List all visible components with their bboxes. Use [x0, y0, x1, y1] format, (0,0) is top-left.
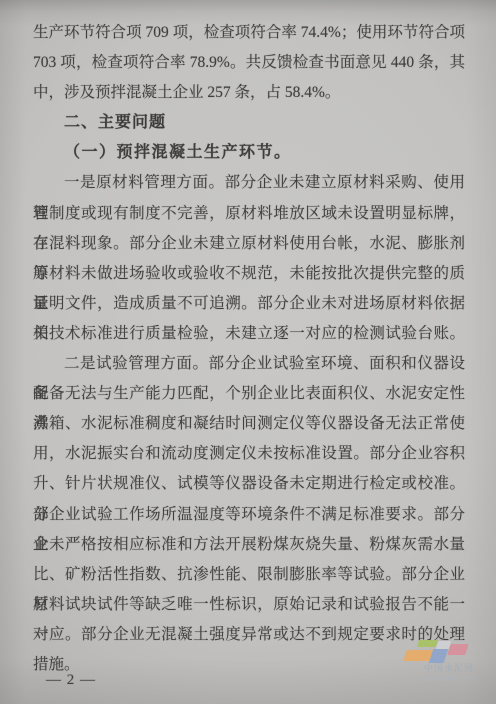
section-heading: 二、主要问题 — [33, 108, 465, 138]
text-line: 中，涉及预拌混凝土企业 257 条，占 58.4%。 — [33, 78, 465, 108]
subsection-heading: （一）预拌混凝土生产环节。 — [33, 138, 465, 168]
watermark-domain: Ccement.com — [424, 674, 472, 683]
text-line: 煮箱、水泥标准稠度和凝结时间测定仪等仪器设备无法正常使 — [33, 409, 465, 439]
text-line: 升、针片状规准仪、试模等仪器设备未定期进行检定或校准。部 — [33, 469, 465, 499]
logo-piece-green-icon — [417, 640, 438, 647]
watermark-name: 中国水泥网 — [424, 663, 472, 673]
text-line: 分企业试验工作场所温湿度等环境条件不满足标准要求。部分企 — [33, 500, 465, 530]
text-line: 材料试块试件等缺乏唯一性标识，原始记录和试验报告不能一一 — [33, 590, 465, 620]
text-line: 二是试验管理方面。部分企业试验室环境、面积和仪器设备 — [33, 349, 465, 379]
text-line: 用，水泥振实台和流动度测定仪未按标准设置。部分企业容积 — [33, 439, 465, 469]
scanned-document-page: 生产环节符合项 709 项，检查项符合率 74.4%；使用环节符合项 703 项… — [0, 0, 496, 704]
document-body: 生产环节符合项 709 项，检查项符合率 74.4%；使用环节符合项 703 项… — [33, 18, 465, 680]
text-line: 原材料未做进场验收或验收不规范，未能按批次提供完整的质量 — [33, 259, 465, 289]
text-line: 一是原材料管理方面。部分企业未建立原材料采购、使用管 — [33, 168, 465, 198]
text-line: 关技术标准进行质量检验，未建立逐一对应的检测试验台账。 — [33, 319, 465, 349]
text-line: 比、矿粉活性指数、抗渗性能、限制膨胀率等试验。部分企业原 — [33, 560, 465, 590]
text-line: 证明文件，造成质量不可追溯。部分企业未对进场原材料依据相 — [33, 289, 465, 319]
text-line: 703 项，检查项符合率 78.9%。共反馈检查书面意见 440 条，其 — [33, 48, 465, 78]
text-line: 配备无法与生产能力匹配，个别企业比表面积仪、水泥安定性沸 — [33, 379, 465, 409]
text-line: 生产环节符合项 709 项，检查项符合率 74.4%；使用环节符合项 — [33, 18, 465, 48]
text-line: 在混料现象。部分企业未建立原材料使用台帐，水泥、膨胀剂等 — [33, 229, 465, 259]
text-line: 对应。部分企业无混凝土强度异常或达不到规定要求时的处理 — [33, 620, 465, 650]
logo-piece-pink-icon — [447, 644, 469, 655]
logo-piece-blue-icon — [429, 649, 449, 663]
text-line: 业未严格按相应标准和方法开展粉煤灰烧失量、粉煤灰需水量 — [33, 530, 465, 560]
ccement-watermark-logo: 中国水泥网 Ccement.com — [402, 636, 474, 684]
text-line: 理制度或现有制度不完善，原材料堆放区域未设置明显标牌，存 — [33, 199, 465, 229]
text-line: 措施。 — [33, 650, 465, 680]
page-number: — 2 — — [46, 672, 96, 689]
